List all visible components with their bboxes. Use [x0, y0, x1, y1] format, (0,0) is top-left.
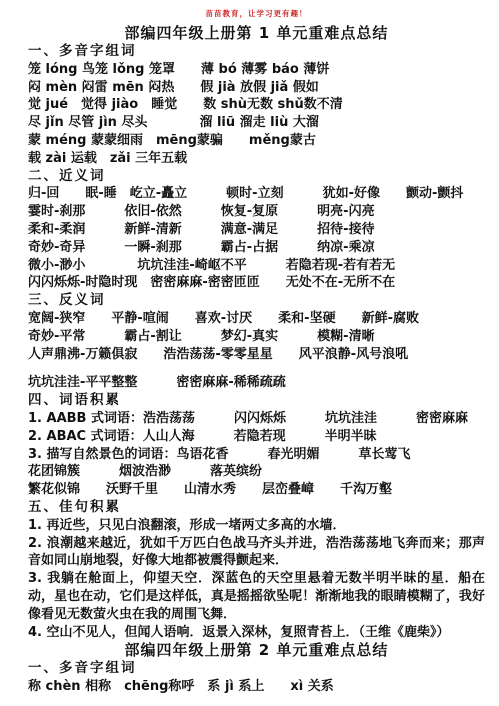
content-line: 坑坑洼洼-平平整整 密密麻麻-稀稀疏疏 [28, 374, 485, 392]
content-line: 奇妙-奇异 一瞬-刹那 霸占-占据 纳凉-乘凉 [28, 239, 485, 257]
content-line: 笼 lóng 鸟笼 lǒng 笼罩 薄 bó 薄雾 báo 薄饼 [28, 61, 485, 79]
content-line: 载 zài 运载 zǎi 三年五载 [28, 150, 485, 168]
content-line: 花团锦簇 烟波浩渺 落英缤纷 [28, 463, 485, 481]
unit1-section3-heading: 三、反义词 [28, 292, 485, 310]
sentence-paragraph: 1. 再近些，只见白浪翻滚，形成一堵两丈多高的水墙． [28, 517, 485, 535]
unit1-section4-heading: 四、词语积累 [28, 392, 485, 410]
unit2-section1-heading: 一、多音字组词 [28, 660, 485, 678]
content-line: 微小-渺小 坑坑洼洼-崎岖不平 若隐若现-若有若无 [28, 257, 485, 275]
content-line: 奇妙-平常 霸占-割让 梦幻-真实 模糊-清晰 [28, 328, 485, 346]
unit1-section2-heading: 二、近义词 [28, 168, 485, 186]
unit1-section1-heading: 一、多音字组词 [28, 43, 485, 61]
content-line: 觉 jué 觉得 jiào 睡觉 数 shù无数 shǔ数不清 [28, 96, 485, 114]
unit1-title: 部编四年级上册第 1 单元重难点总结 [28, 24, 485, 43]
content-line: 3. 描写自然景色的词语：鸟语花香 春光明媚 草长莺飞 [28, 446, 485, 464]
blank-line [28, 363, 485, 374]
content-line: 闷 mèn 闷雷 mēn 闷热 假 jià 放假 jiǎ 假如 [28, 79, 485, 97]
content-line: 柔和-柔润 新鲜-清新 满意-满足 招待-接待 [28, 221, 485, 239]
watermark-text: 苗苗教育，让学习更有趣！ [28, 8, 485, 20]
content-line: 蒙 méng 蒙蒙细雨 mēng蒙骗 měng蒙古 [28, 132, 485, 150]
sentence-paragraph: 3. 我躺在舱面上，仰望天空．深蓝色的天空里悬着无数半明半昧的星．船在动，星也在… [28, 570, 485, 623]
content-line: 尽 jǐn 尽管 jìn 尽头 溜 liū 溜走 liù 大溜 [28, 114, 485, 132]
unit1-section5-heading: 五、佳句积累 [28, 499, 485, 517]
document-page: 苗苗教育，让学习更有趣！ 部编四年级上册第 1 单元重难点总结 一、多音字组词 … [0, 0, 499, 706]
sentence-paragraph: 2. 浪潮越来越近，犹如千万匹白色战马齐头并进，浩浩荡荡地飞奔而来；那声音如同山… [28, 535, 485, 571]
content-line: 归-回 眠-睡 屹立-矗立 顿时-立刻 犹如-好像 颤动-颤抖 [28, 185, 485, 203]
content-line: 繁花似锦 沃野千里 山清水秀 层峦叠嶂 千沟万壑 [28, 481, 485, 499]
sentence-paragraph: 4. 空山不见人，但闻人语响．返景入深林，复照青苔上．（王维《鹿柴》） [28, 624, 485, 642]
page-number: 1 [0, 684, 499, 694]
content-line: 2. ABAC 式词语：人山人海 若隐若现 半明半昧 [28, 428, 485, 446]
content-line: 人声鼎沸-万籁俱寂 浩浩荡荡-零零星星 风平浪静-风号浪吼 [28, 346, 485, 364]
content-line: 1. AABB 式词语：浩浩荡荡 闪闪烁烁 坑坑洼洼 密密麻麻 [28, 410, 485, 428]
unit2-title: 部编四年级上册第 2 单元重难点总结 [28, 641, 485, 660]
content-line: 霎时-刹那 依旧-依然 恢复-复原 明亮-闪亮 [28, 203, 485, 221]
content-line: 宽阔-狭窄 平静-喧闹 喜欢-讨厌 柔和-坚硬 新鲜-腐败 [28, 310, 485, 328]
content-line: 闪闪烁烁-时隐时现 密密麻麻-密密匝匝 无处不在-无所不在 [28, 274, 485, 292]
